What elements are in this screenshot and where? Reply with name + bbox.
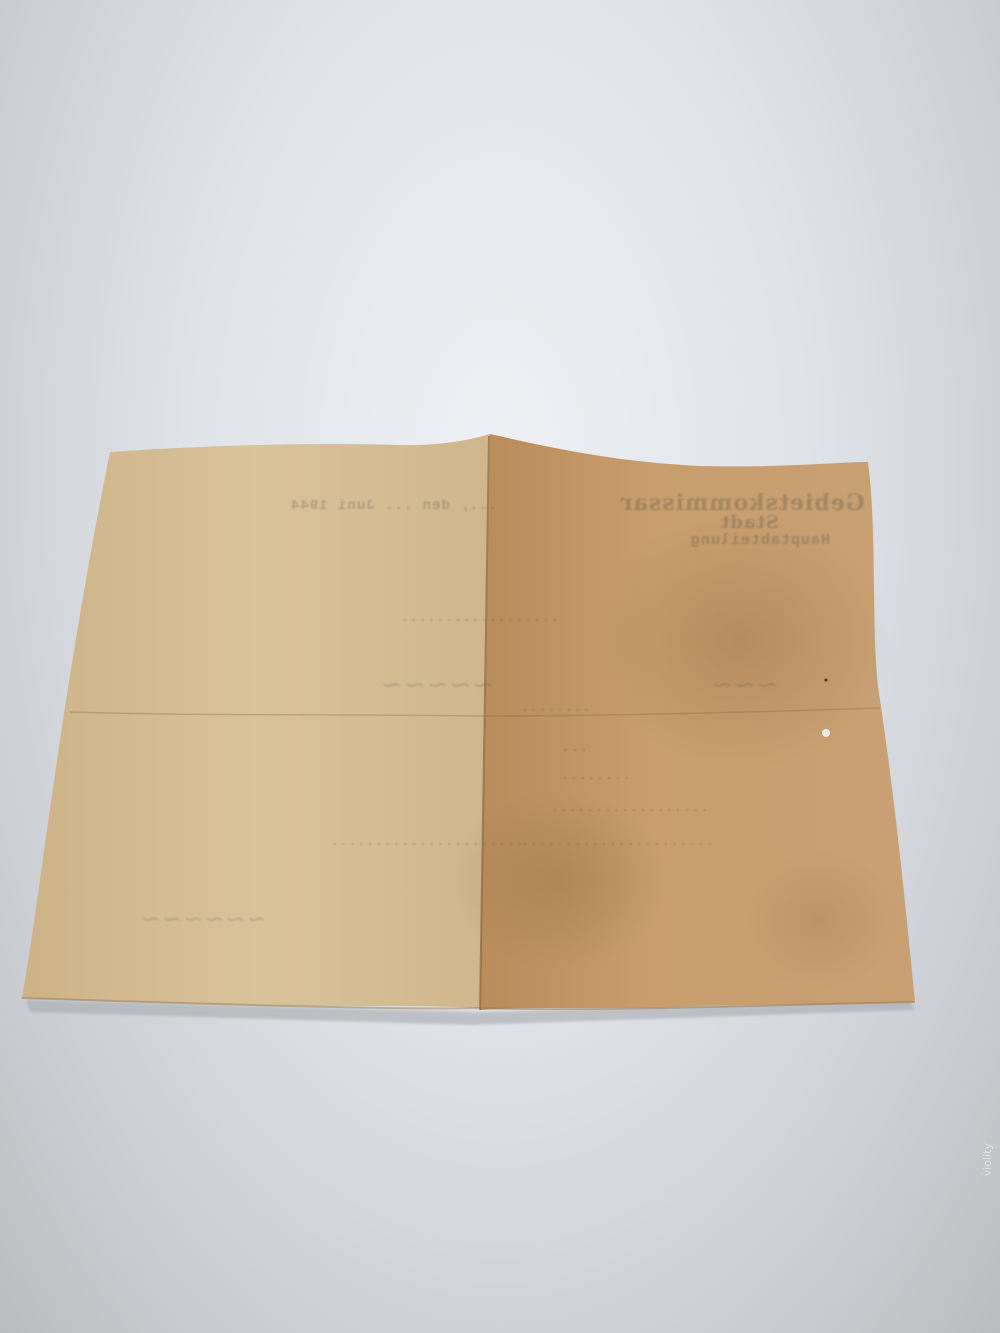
folded-document: [0, 0, 1000, 1333]
title-line: ..................: [400, 610, 558, 625]
body-line-2: ...: [560, 740, 588, 756]
body-line-6: ......................: [330, 834, 524, 849]
header-line-3: Hauptabteilung: [690, 532, 830, 549]
body-line-1: ........: [520, 700, 590, 715]
header-line-2: Stadt: [720, 512, 779, 533]
body-line-3: ........: [560, 768, 630, 783]
handwriting-1: ~~~: [710, 670, 778, 700]
date-line: ..., den ... Juni 1944: [290, 498, 497, 514]
watermark: violity: [981, 1143, 994, 1176]
body-line-4: ..................: [550, 800, 708, 815]
body-line-5: ......................: [520, 834, 714, 849]
handwriting-3: ~~~~~~: [140, 905, 267, 933]
handwriting-2: ~~~~~: [380, 670, 494, 700]
